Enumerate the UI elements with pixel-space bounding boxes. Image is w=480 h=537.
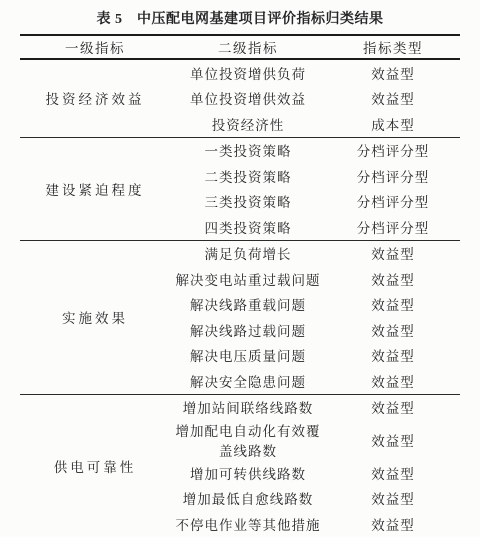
level2-cell: 投资经济性 (170, 111, 326, 137)
table-title: 表 5 中压配电网基建项目评价指标归类结果 (0, 0, 480, 34)
level2-cell: 解决变电站重过载问题 (170, 266, 326, 292)
indicator-table: 一级指标 二级指标 指标类型 投资经济效益单位投资增供负荷效益型单位投资增供效益… (20, 34, 460, 537)
type-cell: 效益型 (326, 292, 460, 318)
header-type: 指标类型 (326, 35, 460, 59)
level1-cell: 实施效果 (20, 240, 170, 394)
level2-cell: 解决电压质量问题 (170, 343, 326, 369)
type-cell: 效益型 (326, 486, 460, 512)
type-cell: 分档评分型 (326, 163, 460, 189)
level1-cell: 供电可靠性 (20, 394, 170, 537)
type-cell: 效益型 (326, 394, 460, 420)
level1-cell: 投资经济效益 (20, 59, 170, 137)
type-cell: 效益型 (326, 511, 460, 537)
table-body: 投资经济效益单位投资增供负荷效益型单位投资增供效益效益型投资经济性成本型建设紧迫… (20, 59, 460, 537)
table-row: 实施效果满足负荷增长效益型 (20, 240, 460, 266)
level2-cell: 二类投资策略 (170, 163, 326, 189)
type-cell: 效益型 (326, 460, 460, 486)
type-cell: 效益型 (326, 86, 460, 112)
level2-cell: 增加最低自愈线路数 (170, 486, 326, 512)
level2-cell: 增加站间联络线路数 (170, 394, 326, 420)
level2-cell: 解决线路重载问题 (170, 292, 326, 318)
level2-cell: 四类投资策略 (170, 214, 326, 240)
header-level1: 一级指标 (20, 35, 170, 59)
type-cell: 效益型 (326, 368, 460, 394)
level2-cell: 单位投资增供负荷 (170, 59, 326, 86)
type-cell: 效益型 (326, 266, 460, 292)
type-cell: 分档评分型 (326, 189, 460, 215)
level2-cell: 增加可转供线路数 (170, 460, 326, 486)
level2-cell: 一类投资策略 (170, 137, 326, 163)
table-row: 投资经济效益单位投资增供负荷效益型 (20, 59, 460, 86)
level2-cell: 不停电作业等其他措施 (170, 511, 326, 537)
level2-cell: 满足负荷增长 (170, 240, 326, 266)
table-row: 供电可靠性增加站间联络线路数效益型 (20, 394, 460, 420)
type-cell: 分档评分型 (326, 214, 460, 240)
header-level2: 二级指标 (170, 35, 326, 59)
table-row: 建设紧迫程度一类投资策略分档评分型 (20, 137, 460, 163)
paper-page: 表 5 中压配电网基建项目评价指标归类结果 一级指标 二级指标 指标类型 投资经… (0, 0, 480, 537)
level2-cell: 增加配电自动化有效覆盖线路数 (170, 420, 326, 460)
level2-cell: 三类投资策略 (170, 189, 326, 215)
type-cell: 效益型 (326, 59, 460, 86)
type-cell: 效益型 (326, 317, 460, 343)
type-cell: 分档评分型 (326, 137, 460, 163)
type-cell: 成本型 (326, 111, 460, 137)
type-cell: 效益型 (326, 343, 460, 369)
type-cell: 效益型 (326, 240, 460, 266)
level2-cell: 解决安全隐患问题 (170, 368, 326, 394)
type-cell: 效益型 (326, 420, 460, 460)
header-row: 一级指标 二级指标 指标类型 (20, 35, 460, 59)
level2-cell: 解决线路过载问题 (170, 317, 326, 343)
level2-cell: 单位投资增供效益 (170, 86, 326, 112)
level1-cell: 建设紧迫程度 (20, 137, 170, 240)
